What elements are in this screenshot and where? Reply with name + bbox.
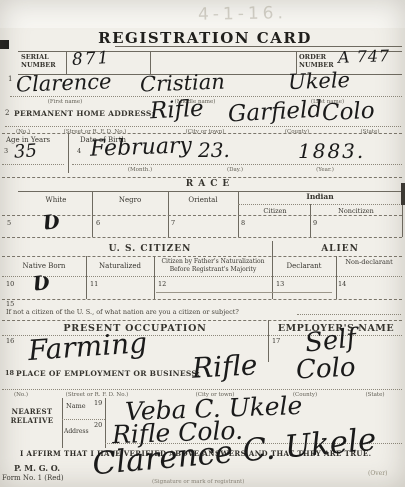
order-number-value: A 747	[338, 46, 391, 67]
alien-col-declarant: Declarant	[276, 262, 332, 271]
rule	[154, 256, 155, 299]
native-born-check-mark: Ʋ	[31, 270, 51, 296]
employment-sublabel: (State)	[352, 392, 398, 399]
field-number: 20	[94, 421, 102, 429]
signature-caption: (Signature or mark of registrant)	[152, 479, 244, 485]
race-cell-number: 7	[171, 219, 175, 227]
scan-mark	[401, 183, 405, 205]
rule	[336, 256, 337, 299]
citizen-cell-number: 10	[6, 280, 14, 288]
rule	[268, 320, 269, 362]
rule	[2, 276, 402, 277]
race-col-indian: Indian	[240, 192, 400, 201]
nearest-relative-label: NEAREST RELATIVE	[4, 408, 60, 426]
over-text: (Over)	[368, 470, 387, 478]
dob-sublabel: (Month.)	[100, 167, 180, 174]
race-col-indian-citizen: Citizen	[240, 207, 310, 215]
rule	[10, 96, 402, 97]
home-address-county: Garfield	[227, 97, 322, 128]
rule	[272, 241, 273, 299]
first-name-label: (First name)	[15, 99, 115, 106]
rule	[62, 419, 105, 420]
race-col-negro: Negro	[94, 196, 166, 205]
race-white-check-mark: Ʋ	[41, 209, 61, 235]
rule	[238, 204, 402, 205]
age-value: 35	[13, 140, 37, 163]
rule	[297, 314, 401, 315]
rule	[72, 164, 402, 165]
nation-question-text: If not a citizen of the U. S., of what n…	[6, 308, 239, 316]
field-number: 17	[272, 337, 280, 345]
rule	[62, 398, 63, 448]
rule	[5, 126, 401, 127]
serial-number-value: 871	[72, 48, 111, 70]
middle-name-value: Cristian	[140, 70, 226, 97]
rule	[86, 256, 87, 299]
rule	[2, 299, 402, 300]
dob-year-value: 1883.	[298, 139, 365, 163]
rule	[2, 237, 402, 238]
home-address-state: Colo	[321, 98, 375, 127]
rule	[168, 191, 169, 237]
race-col-oriental: Oriental	[170, 196, 236, 205]
citizen-cell-number: 11	[90, 280, 98, 288]
citizen-cell-number: 12	[158, 280, 166, 288]
race-cell-number: 8	[241, 219, 245, 227]
page-title: REGISTRATION CARD	[60, 29, 350, 48]
race-section-title: RACE	[150, 179, 270, 190]
field-number: 18	[5, 369, 14, 377]
form-number-text: Form No. 1 (Red)	[2, 474, 64, 483]
citizen-col-native-born: Native Born	[4, 262, 84, 271]
field-number: 19	[94, 399, 102, 407]
last-name-value: Ukele	[288, 68, 351, 94]
registration-card: 4-1-16. REGISTRATION CARD SERIAL NUMBER …	[0, 0, 405, 487]
employment-place-label: PLACE OF EMPLOYMENT OR BUSINESS:	[16, 369, 200, 378]
race-col-white: White	[20, 196, 92, 205]
date-stamp: 4-1-16.	[198, 3, 287, 25]
citizen-col-naturalized: Naturalized	[88, 262, 152, 271]
dob-sublabel: (Day.)	[210, 167, 260, 174]
rule	[310, 204, 311, 237]
rule	[238, 191, 239, 237]
occupation-value: Farming	[27, 326, 148, 367]
rule	[156, 292, 332, 293]
employment-sublabel: (No.)	[6, 392, 36, 399]
alien-header: ALIEN	[290, 244, 390, 255]
citizen-cell-number: 14	[338, 280, 346, 288]
race-cell-number: 6	[96, 219, 100, 227]
citizen-col-father-naturalization: Citizen by Father's Naturalization Befor…	[158, 258, 268, 273]
rule	[2, 164, 64, 165]
rule	[2, 320, 402, 321]
rule	[2, 256, 402, 257]
us-citizen-header: U. S. CITIZEN	[40, 244, 260, 255]
dob-sublabel: (Year.)	[295, 167, 355, 174]
relative-name-label: Name	[66, 402, 86, 410]
dob-day-value: 23.	[198, 138, 230, 162]
field-number: 3	[4, 147, 8, 155]
rule	[150, 51, 151, 74]
dob-month-value: February	[90, 133, 193, 162]
citizen-cell-number: 13	[276, 280, 284, 288]
scan-mark	[0, 40, 9, 49]
first-name-value: Clarence	[16, 69, 112, 96]
home-address-city: Rifle	[149, 96, 204, 125]
form-org-text: P. M. G. O.	[14, 463, 60, 473]
field-number: 16	[6, 337, 14, 345]
serial-number-label: SERIAL NUMBER	[21, 53, 65, 69]
rule	[2, 389, 402, 390]
relative-address-label: Address	[64, 428, 89, 436]
rule	[92, 191, 93, 237]
home-address-label: PERMANENT HOME ADDRESS:	[14, 109, 155, 118]
race-col-indian-noncitizen: Noncitizen	[312, 207, 400, 215]
rule	[2, 215, 402, 216]
race-cell-number: 9	[313, 219, 317, 227]
field-number: 2	[5, 109, 9, 118]
employment-state-value: Colo	[295, 352, 356, 385]
rule	[2, 177, 402, 178]
rule	[68, 133, 69, 173]
field-number: 15	[6, 300, 14, 308]
alien-col-non-declarant: Non-declarant	[340, 258, 398, 266]
rule	[2, 133, 402, 134]
employment-city-value: Rifle	[191, 348, 258, 384]
rule	[105, 398, 106, 448]
race-cell-number: 5	[7, 219, 11, 227]
field-number: 4	[77, 147, 81, 155]
field-number: 1	[8, 75, 12, 84]
